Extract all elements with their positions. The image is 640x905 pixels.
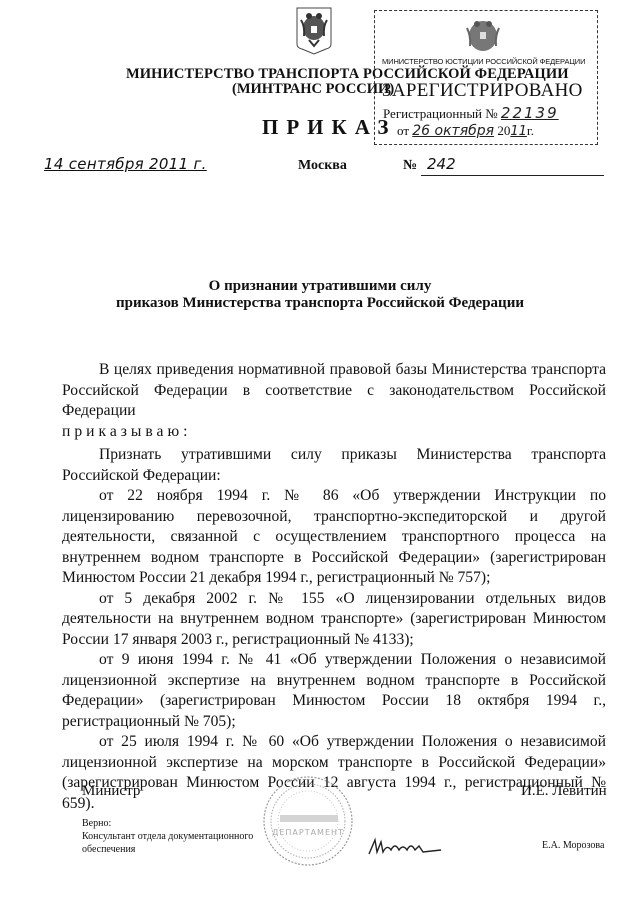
order-title-line1: О признании утратившими силу	[0, 278, 640, 295]
handwritten-signature-icon	[367, 836, 443, 858]
decree-item: от 5 декабря 2002 г. № 155 «О лицензиров…	[62, 589, 606, 651]
order-date: 14 сентября 2011 г.	[44, 155, 207, 173]
certification-label: Верно:	[82, 817, 253, 830]
stamp-number-value: 22139	[501, 104, 559, 122]
preamble-text: В целях приведения нормативной правовой …	[62, 360, 606, 422]
round-seal-icon: ДЕПАРТАМЕНТ	[262, 775, 354, 867]
certifier-position-line1: Консультант отдела документационного	[82, 830, 253, 843]
order-city: Москва	[298, 158, 347, 174]
stamp-reg-number-row: Регистрационный № 22139	[383, 104, 559, 122]
decree-item: от 9 июня 1994 г. № 41 «Об утверждении П…	[62, 650, 606, 732]
stamp-year-suffix: г.	[527, 123, 534, 138]
stamp-date-row: от 26 октября 2011г.	[397, 123, 534, 139]
decree-item: от 22 ноября 1994 г. № 86 «Об утверждени…	[62, 486, 606, 589]
stamp-organization: МИНИСТЕРСТВО ЮСТИЦИИ РОССИЙСКОЙ ФЕДЕРАЦИ…	[382, 57, 585, 66]
certifier-name: Е.А. Морозова	[542, 840, 604, 851]
certification-block: Верно: Консультант отдела документационн…	[82, 817, 253, 856]
certifier-position-line2: обеспечения	[82, 843, 253, 856]
stamp-year-value: 11	[510, 124, 527, 139]
order-number-underline	[421, 175, 604, 176]
stamp-date-value: 26 октября	[412, 123, 494, 139]
preamble-command: приказываю:	[62, 422, 606, 443]
ministry-short-name: (МИНТРАНС РОССИИ)	[232, 81, 394, 98]
signatory-role: Министр	[82, 783, 140, 800]
order-number-value: 242	[427, 155, 456, 173]
stamp-year-prefix: 20	[497, 123, 510, 138]
signatory-name: И.Е. Левитин	[521, 783, 607, 800]
order-number-label: №	[403, 158, 417, 174]
coat-of-arms-icon	[295, 6, 333, 56]
stamp-status: ЗАРЕГИСТРИРОВАНО	[382, 80, 583, 102]
decree-intro: Признать утратившими силу приказы Минист…	[62, 445, 606, 486]
order-title-line2: приказов Министерства транспорта Российс…	[0, 295, 640, 312]
stamp-number-label: Регистрационный №	[383, 106, 498, 121]
preamble: В целях приведения нормативной правовой …	[62, 360, 606, 442]
decree-body: Признать утратившими силу приказы Минист…	[62, 445, 606, 814]
svg-text:ДЕПАРТАМЕНТ: ДЕПАРТАМЕНТ	[272, 828, 344, 837]
stamp-date-prefix: от	[397, 123, 409, 138]
stamp-emblem-icon	[461, 18, 505, 54]
